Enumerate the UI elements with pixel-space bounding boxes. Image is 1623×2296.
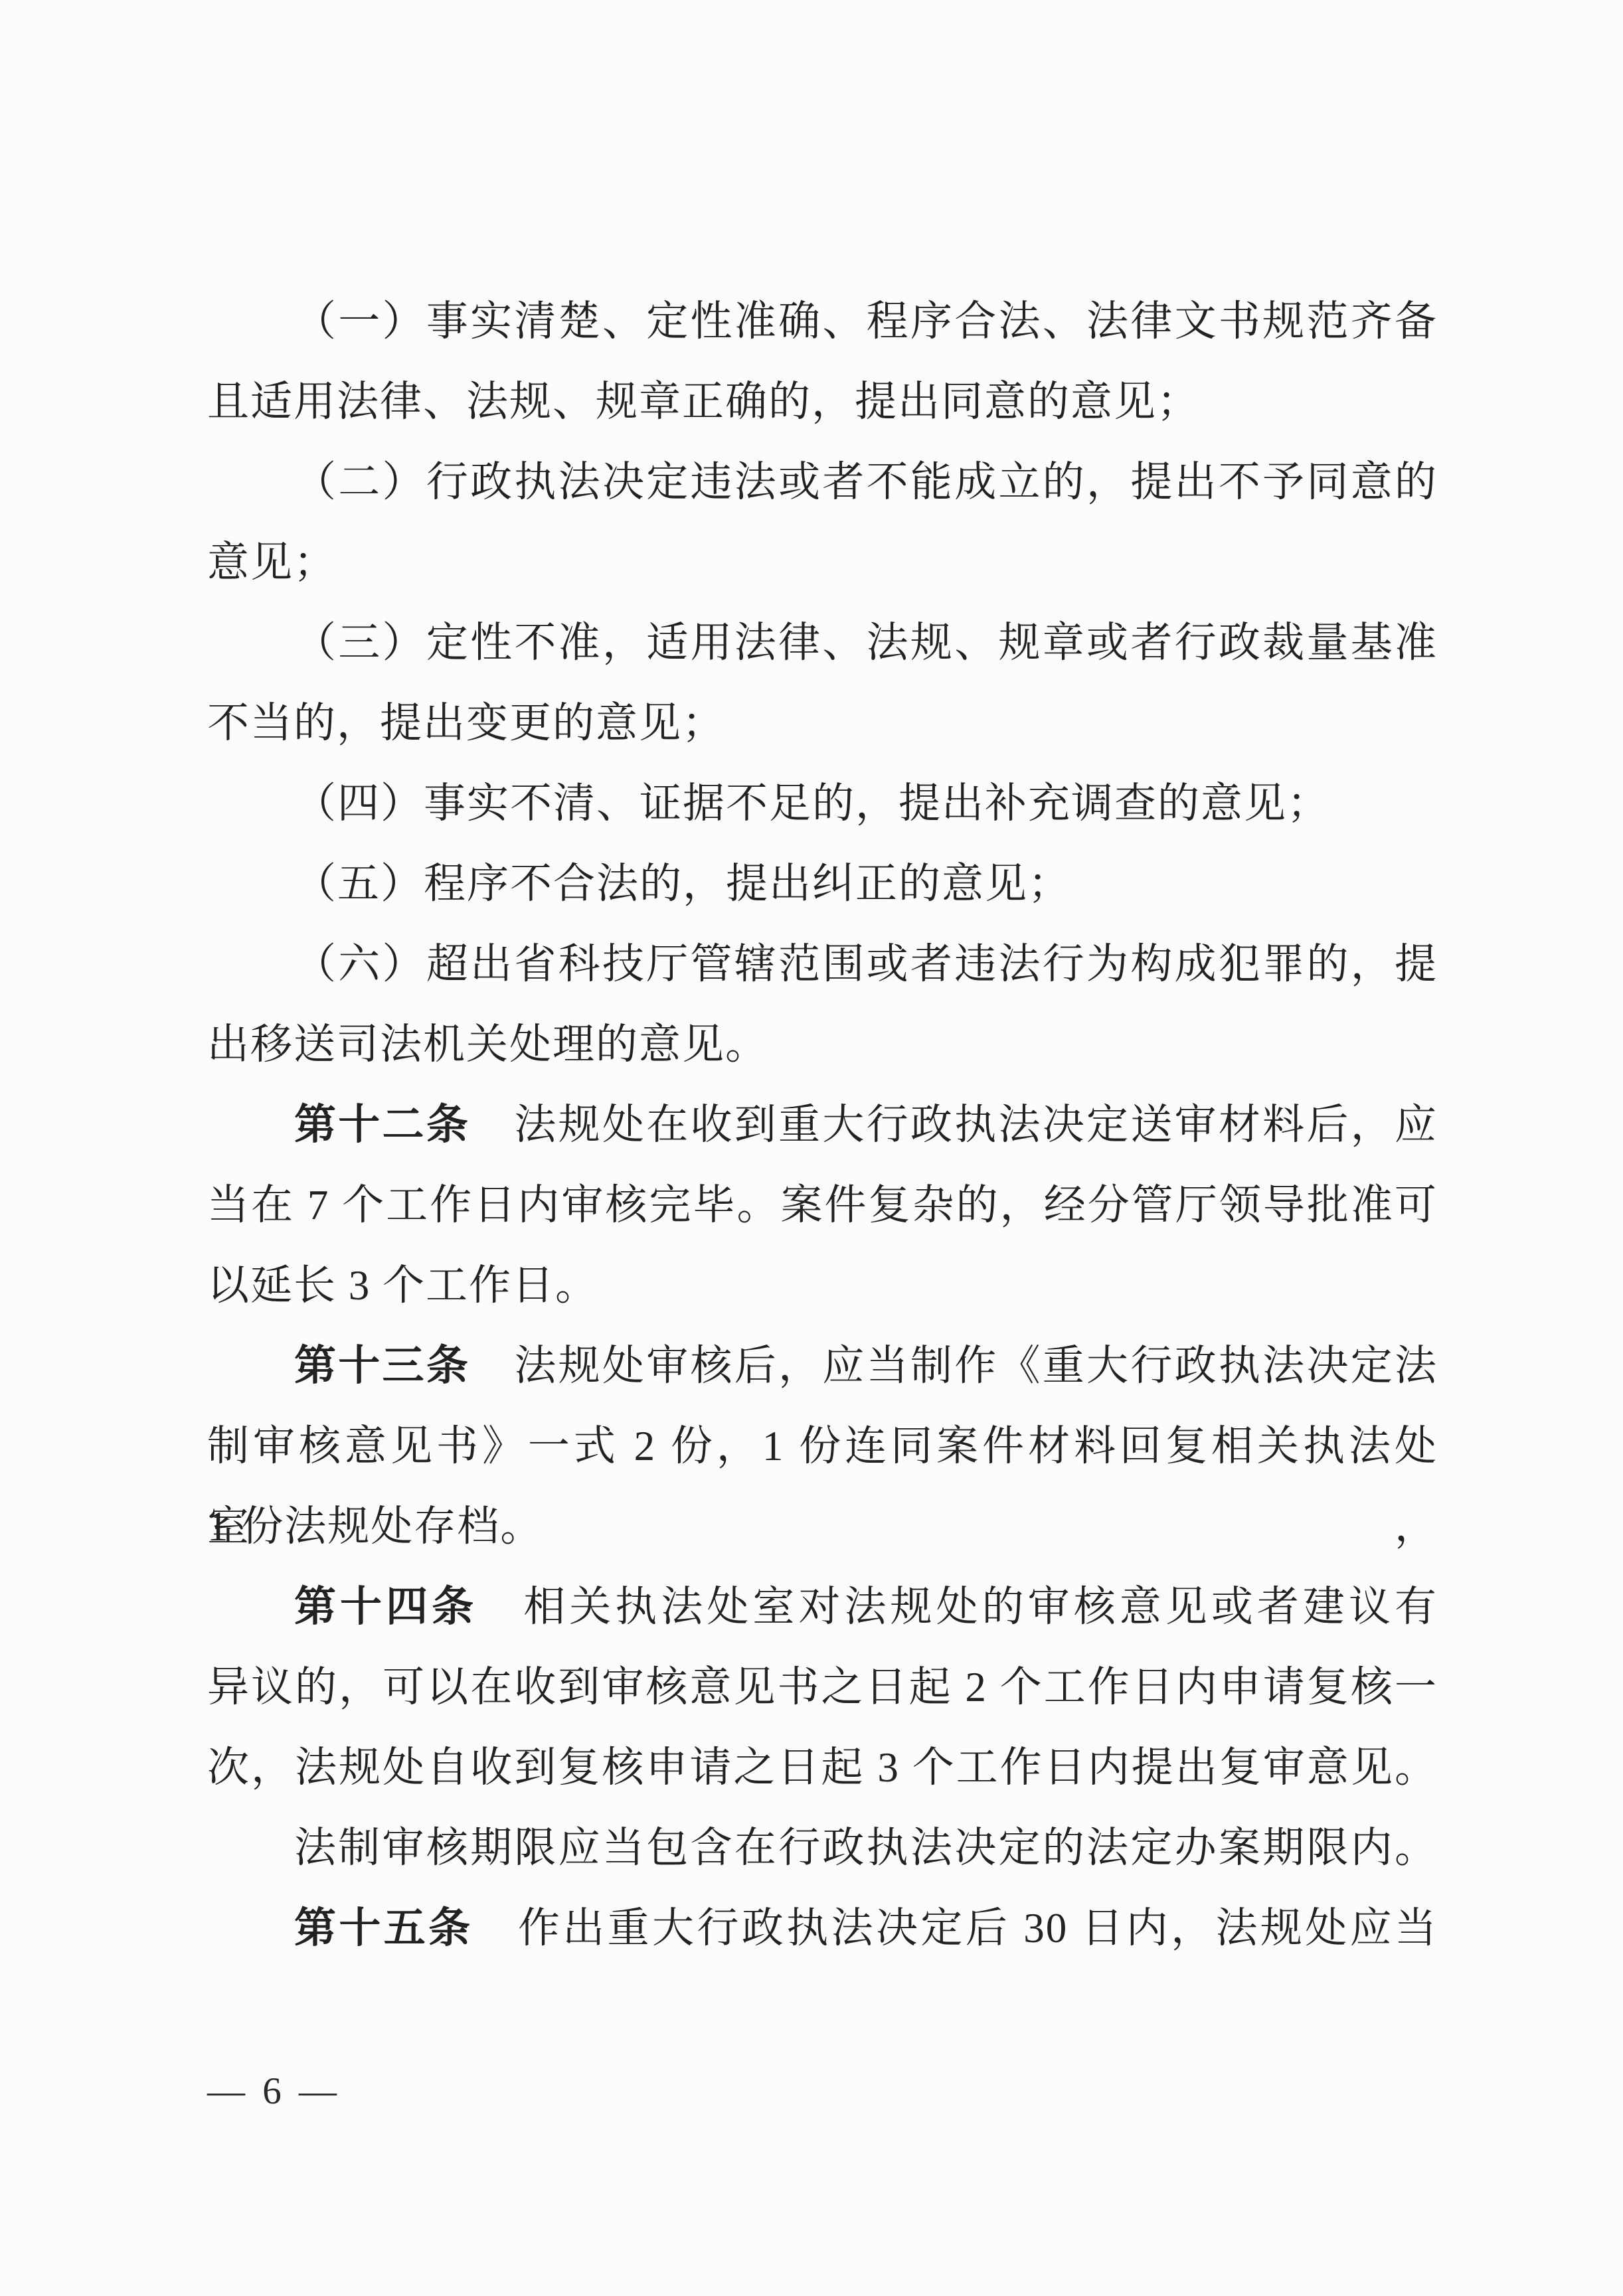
article-number: 第十五条 xyxy=(294,1905,473,1951)
text-segment: 次，法规处自收到复核申请之日起 3 个工作日内提出复审意见。 xyxy=(207,1744,1438,1791)
text-segment: 1 份法规处存档。 xyxy=(207,1503,543,1550)
article-number: 第十二条 xyxy=(294,1102,470,1148)
text-line-8: （五）程序不合法的，提出纠正的意见； xyxy=(207,844,1438,924)
article-number: 第十三条 xyxy=(294,1343,470,1389)
text-segment: 以延长 3 个工作日。 xyxy=(207,1262,598,1309)
text-line-5: （三）定性不准，适用法律、法规、规章或者行政裁量基准 xyxy=(207,603,1438,683)
text-line-21: 第十五条 作出重大行政执法决定后 30 日内，法规处应当 xyxy=(207,1888,1438,1969)
text-line-1: （一）事实清楚、定性准确、程序合法、法律文书规范齐备 xyxy=(207,282,1438,362)
text-line-13: 以延长 3 个工作日。 xyxy=(207,1246,1438,1326)
text-line-12: 当在 7 个工作日内审核完毕。案件复杂的，经分管厅领导批准可 xyxy=(207,1165,1438,1246)
text-segment: （三）定性不准，适用法律、法规、规章或者行政裁量基准 xyxy=(294,619,1438,666)
text-line-19: 次，法规处自收到复核申请之日起 3 个工作日内提出复审意见。 xyxy=(207,1728,1438,1808)
page-number: — 6 — xyxy=(207,2055,341,2128)
text-segment: 且适用法律、法规、规章正确的，提出同意的意见； xyxy=(207,378,1200,425)
text-segment: （六）超出省科技厅管辖范围或者违法行为构成犯罪的，提 xyxy=(294,941,1438,987)
text-line-10: 出移送司法机关处理的意见。 xyxy=(207,1005,1438,1085)
text-line-15: 制审核意见书》一式 2 份，1 份连同案件材料回复相关执法处室， xyxy=(207,1406,1438,1487)
text-line-4: 意见； xyxy=(207,523,1438,603)
text-segment: 意见； xyxy=(207,539,337,586)
page-number-text: — 6 — xyxy=(207,2070,341,2112)
text-line-9: （六）超出省科技厅管辖范围或者违法行为构成犯罪的，提 xyxy=(207,924,1438,1005)
article-number: 第十四条 xyxy=(294,1584,477,1630)
text-segment: 法规处在收到重大行政执法决定送审材料后，应 xyxy=(470,1102,1438,1148)
text-segment: 作出重大行政执法决定后 30 日内，法规处应当 xyxy=(473,1905,1438,1951)
text-line-17: 第十四条 相关执法处室对法规处的审核意见或者建议有 xyxy=(207,1567,1438,1647)
text-segment: （一）事实清楚、定性准确、程序合法、法律文书规范齐备 xyxy=(294,298,1438,345)
text-line-3: （二）行政执法决定违法或者不能成立的，提出不予同意的 xyxy=(207,442,1438,523)
text-line-11: 第十二条 法规处在收到重大行政执法决定送审材料后，应 xyxy=(207,1085,1438,1165)
text-line-20: 法制审核期限应当包含在行政执法决定的法定办案期限内。 xyxy=(207,1808,1438,1888)
text-line-6: 不当的，提出变更的意见； xyxy=(207,683,1438,764)
document-page: （一）事实清楚、定性准确、程序合法、法律文书规范齐备且适用法律、法规、规章正确的… xyxy=(0,0,1623,2296)
text-segment: 法制审核期限应当包含在行政执法决定的法定办案期限内。 xyxy=(294,1825,1438,1871)
text-segment: 法规处审核后，应当制作《重大行政执法决定法 xyxy=(470,1343,1438,1389)
text-segment: 相关执法处室对法规处的审核意见或者建议有 xyxy=(477,1584,1438,1630)
text-segment: （五）程序不合法的，提出纠正的意见； xyxy=(294,861,1071,907)
text-line-18: 异议的，可以在收到审核意见书之日起 2 个工作日内申请复核一 xyxy=(207,1647,1438,1728)
text-line-7: （四）事实不清、证据不足的，提出补充调查的意见； xyxy=(207,764,1438,844)
text-segment: 异议的，可以在收到审核意见书之日起 2 个工作日内申请复核一 xyxy=(207,1664,1438,1710)
text-segment: （二）行政执法决定违法或者不能成立的，提出不予同意的 xyxy=(294,459,1438,505)
text-segment: 出移送司法机关处理的意见。 xyxy=(207,1021,768,1068)
text-segment: 不当的，提出变更的意见； xyxy=(207,700,725,746)
text-segment: 当在 7 个工作日内审核完毕。案件复杂的，经分管厅领导批准可 xyxy=(207,1182,1438,1228)
text-segment: （四）事实不清、证据不足的，提出补充调查的意见； xyxy=(294,780,1330,827)
text-line-2: 且适用法律、法规、规章正确的，提出同意的意见； xyxy=(207,362,1438,442)
document-body: （一）事实清楚、定性准确、程序合法、法律文书规范齐备且适用法律、法规、规章正确的… xyxy=(207,282,1438,1969)
text-line-14: 第十三条 法规处审核后，应当制作《重大行政执法决定法 xyxy=(207,1326,1438,1406)
